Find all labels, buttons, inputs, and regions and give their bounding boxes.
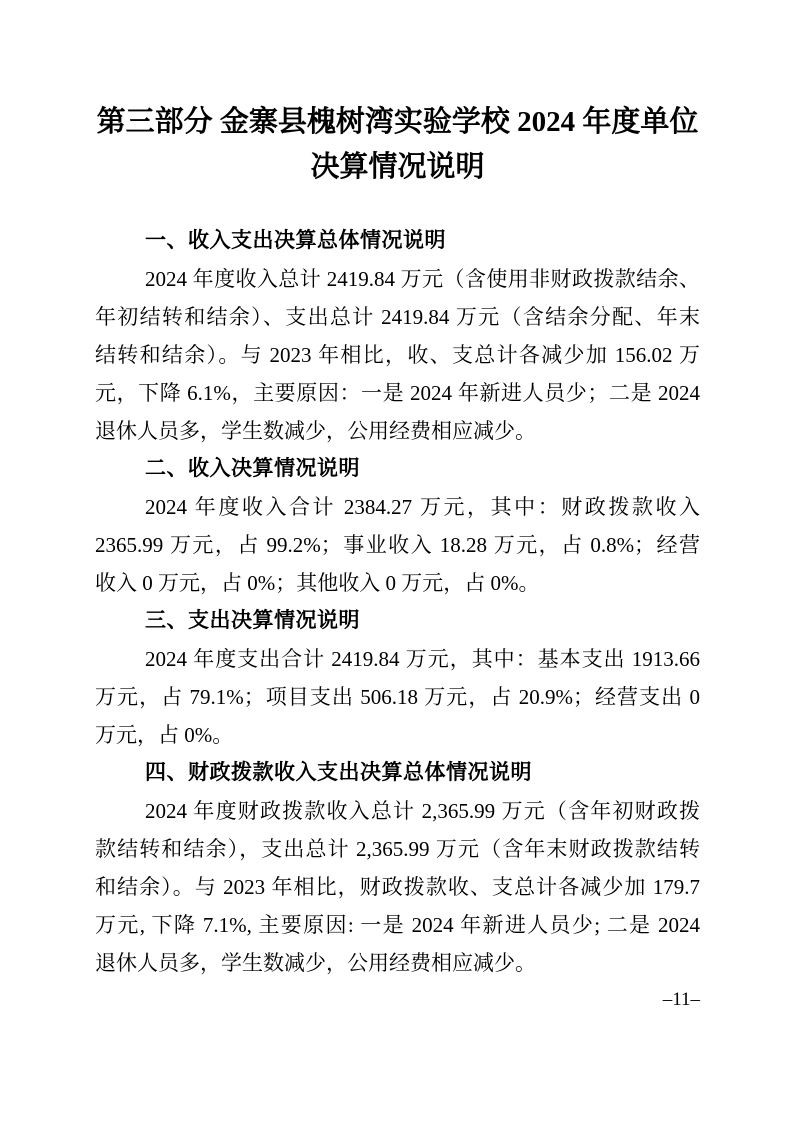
section-1-heading: 一、收入支出决算总体情况说明 xyxy=(95,222,700,260)
paragraph-line: 万元，占 0%。 xyxy=(95,716,700,754)
paragraph-line: 2024 年度收入总计 2419.84 万元（含使用非财政拨款结余、 xyxy=(95,260,700,298)
title-line-2: 决算情况说明 xyxy=(95,145,700,190)
paragraph-line: 2024 年度收入合计 2384.27 万元，其中：财政拨款收入 xyxy=(95,488,700,526)
paragraph-line: 2024 年度支出合计 2419.84 万元，其中：基本支出 1913.66 xyxy=(95,640,700,678)
page-number: –11– xyxy=(663,988,700,1012)
section-2-heading: 二、收入决算情况说明 xyxy=(95,450,700,488)
document-title: 第三部分 金寨县槐树湾实验学校 2024 年度单位 决算情况说明 xyxy=(95,100,700,190)
paragraph-line: 收入 0 万元，占 0%；其他收入 0 万元，占 0%。 xyxy=(95,564,700,602)
document-body: 一、收入支出决算总体情况说明 2024 年度收入总计 2419.84 万元（含使… xyxy=(95,222,700,982)
paragraph-line: 万元, 下降 7.1%, 主要原因: 一是 2024 年新进人员少; 二是 20… xyxy=(95,906,700,944)
paragraph-line: 2024 年度财政拨款收入总计 2,365.99 万元（含年初财政拨 xyxy=(95,792,700,830)
paragraph-line: 退休人员多，学生数减少，公用经费相应减少。 xyxy=(95,944,700,982)
title-line-1: 第三部分 金寨县槐树湾实验学校 2024 年度单位 xyxy=(95,100,700,145)
paragraph-line: 万元，占 79.1%；项目支出 506.18 万元，占 20.9%；经营支出 0 xyxy=(95,678,700,716)
paragraph-line: 年初结转和结余）、支出总计 2419.84 万元（含结余分配、年末 xyxy=(95,298,700,336)
paragraph-line: 和结余）。与 2023 年相比，财政拨款收、支总计各减少加 179.7 xyxy=(95,868,700,906)
paragraph-line: 结转和结余）。与 2023 年相比，收、支总计各减少加 156.02 万 xyxy=(95,336,700,374)
paragraph-line: 2365.99 万元，占 99.2%；事业收入 18.28 万元，占 0.8%；… xyxy=(95,526,700,564)
paragraph-line: 退休人员多，学生数减少，公用经费相应减少。 xyxy=(95,412,700,450)
document-page: 第三部分 金寨县槐树湾实验学校 2024 年度单位 决算情况说明 一、收入支出决… xyxy=(0,0,793,1122)
paragraph-line: 款结转和结余），支出总计 2,365.99 万元（含年末财政拨款结转 xyxy=(95,830,700,868)
section-3-heading: 三、支出决算情况说明 xyxy=(95,602,700,640)
document-content: 第三部分 金寨县槐树湾实验学校 2024 年度单位 决算情况说明 一、收入支出决… xyxy=(95,100,700,982)
paragraph-line: 元，下降 6.1%，主要原因：一是 2024 年新进人员少；二是 2024 xyxy=(95,374,700,412)
section-4-heading: 四、财政拨款收入支出决算总体情况说明 xyxy=(95,754,700,792)
